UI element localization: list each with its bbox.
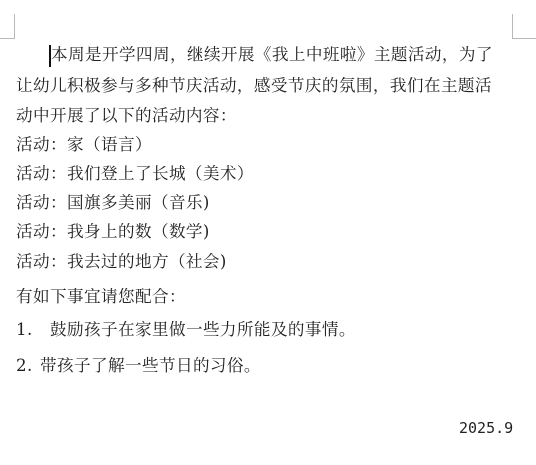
request-text: 带孩子了解一些节日的习俗。 xyxy=(40,356,261,375)
activity-item: 活动：国旗多美丽（音乐) xyxy=(16,193,210,213)
page-corner-mark-top-left xyxy=(0,14,15,39)
request-item: 2.带孩子了解一些节日的习俗。 xyxy=(16,356,261,376)
request-number: 2. xyxy=(16,356,40,376)
activity-item: 活动：我去过的地方（社会) xyxy=(16,252,227,272)
request-text: 鼓励孩子在家里做一些力所能及的事情。 xyxy=(50,320,356,339)
activity-item: 活动：家（语言） xyxy=(16,135,152,155)
intro-paragraph-line-2: 让幼儿积极参与多种节庆活动，感受节庆的氛围，我们在主题活 xyxy=(16,76,492,96)
request-heading: 有如下事宜请您配合： xyxy=(16,287,186,307)
document-date: 2025.9 xyxy=(459,418,513,438)
activity-item: 活动：我们登上了长城（美术） xyxy=(16,164,254,184)
request-item: 1.鼓励孩子在家里做一些力所能及的事情。 xyxy=(16,320,356,340)
request-number: 1. xyxy=(16,320,50,340)
intro-paragraph-line-3: 动中开展了以下的活动内容： xyxy=(16,106,237,126)
page-corner-mark-top-right xyxy=(512,14,536,39)
activity-item: 活动：我身上的数（数学) xyxy=(16,222,210,242)
intro-paragraph-line-1: 本周是开学四周，继续开展《我上中班啦》主题活动，为了 xyxy=(51,45,493,65)
